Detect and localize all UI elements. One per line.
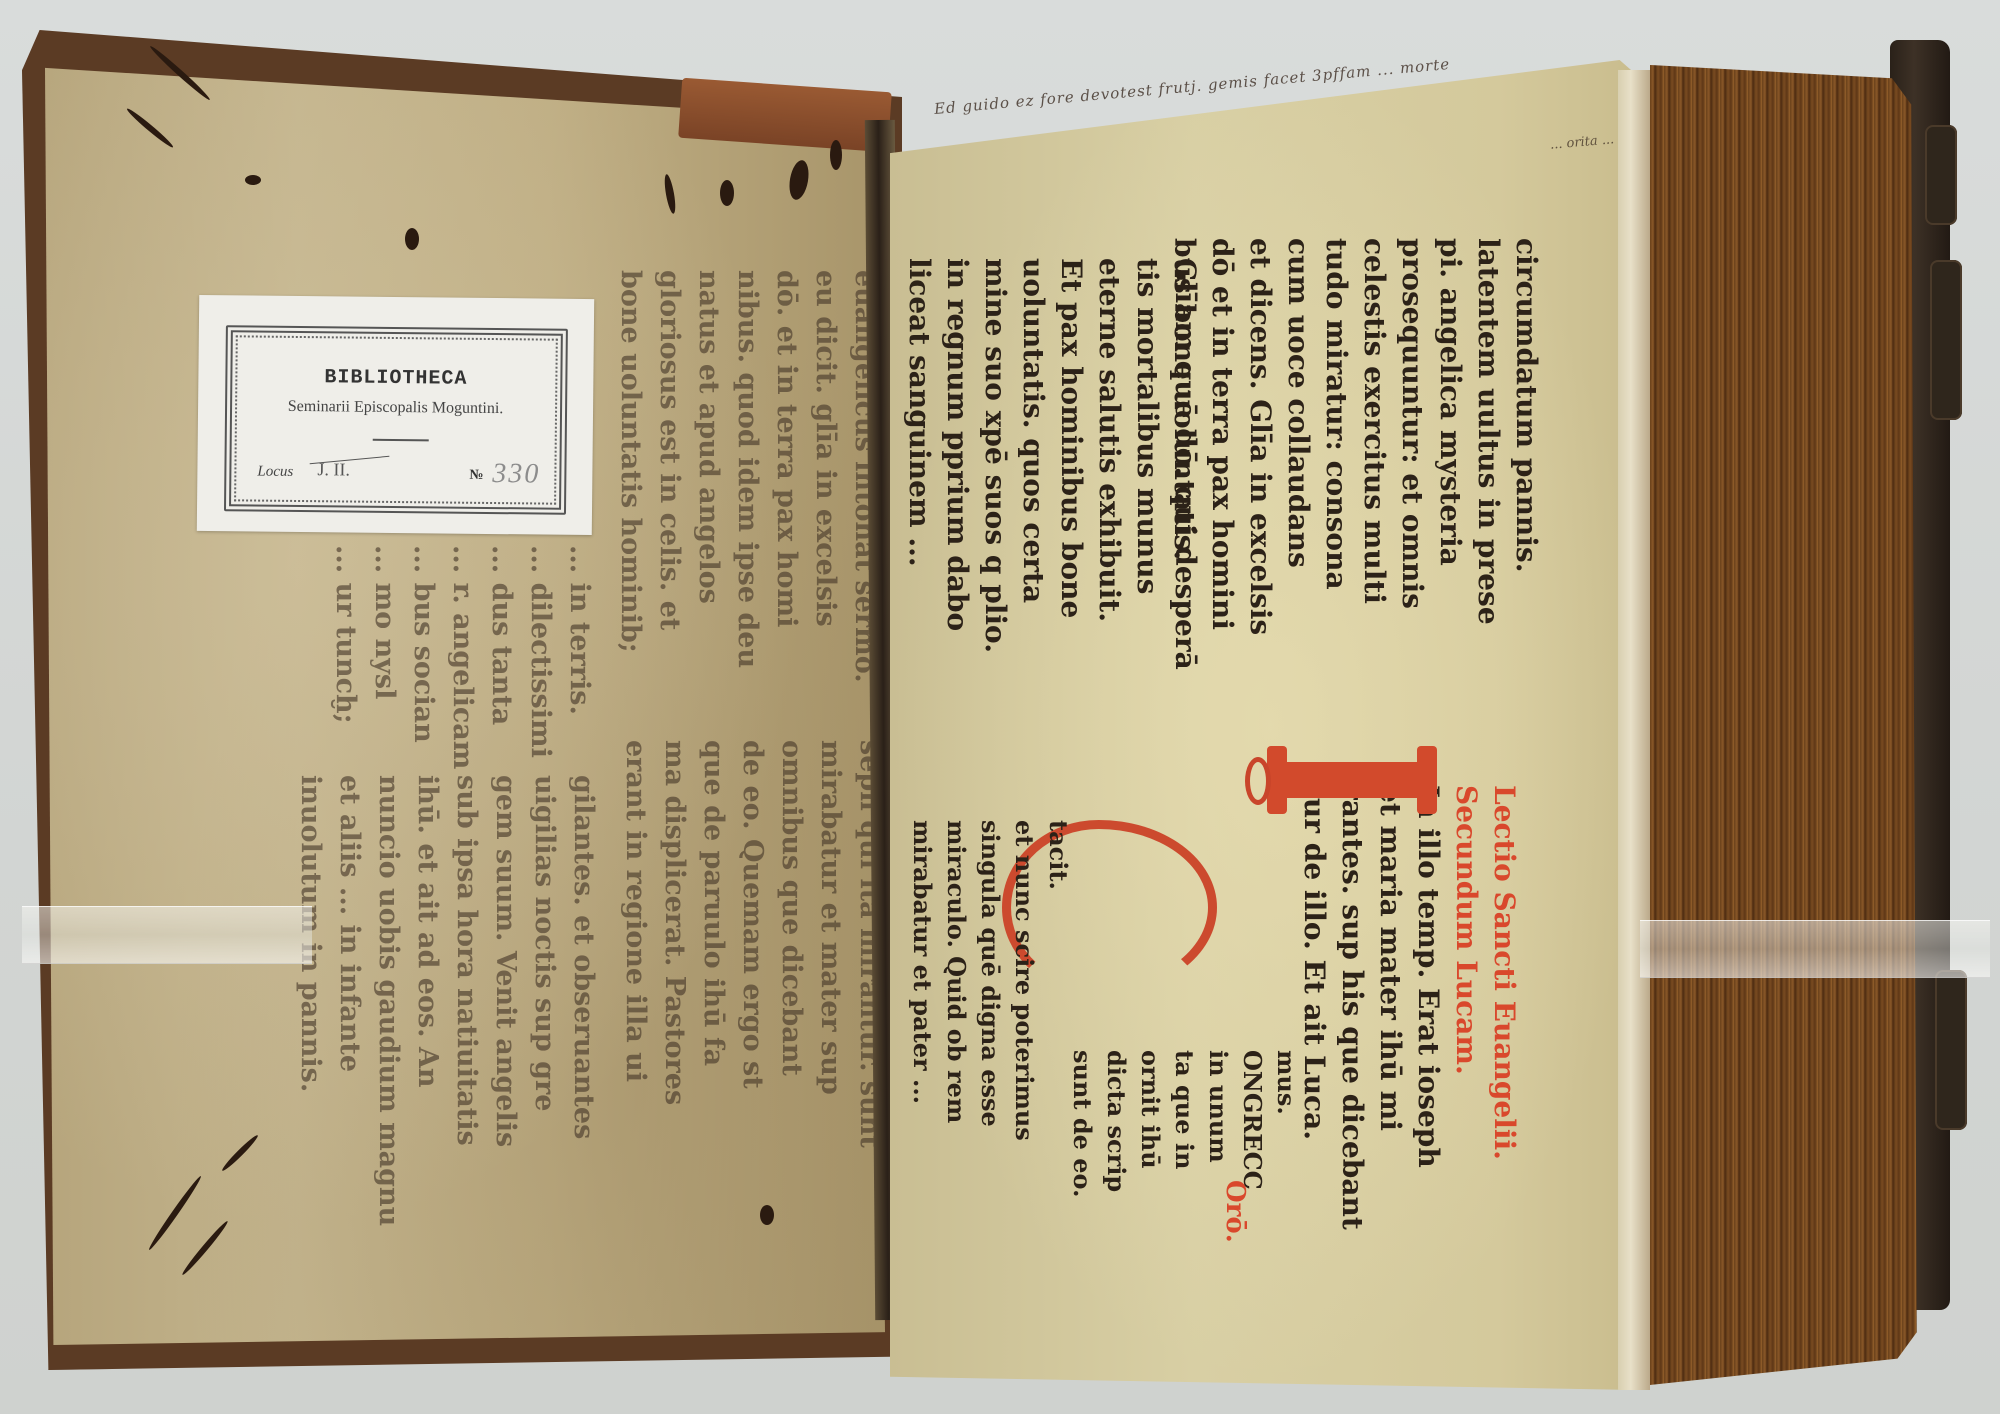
decorated-initial-I	[1267, 762, 1437, 798]
text-column-1: circumdatum pannis. latentem uultus in p…	[1160, 238, 1540, 758]
text-column-2: Glīam quē dō. qui desperā tis mortalibus…	[895, 258, 1199, 758]
number-label: №	[469, 468, 483, 484]
rubric-heading-2: Secundum Lucam.	[1452, 785, 1480, 1285]
rubric-heading: Lectio Sancti Euangelii.	[1490, 785, 1518, 1285]
library-bookplate-label: BIBLIOTHECA Seminarii Episcopalis Mogunt…	[197, 295, 594, 535]
tape-strip-right	[1640, 920, 1990, 978]
clasp	[1930, 260, 1962, 420]
number-value: 330	[492, 458, 540, 491]
wormhole	[760, 1205, 774, 1225]
wormhole	[245, 175, 261, 185]
ghost-column-3: seph qui ita mirantur. sunt mirabatur et…	[610, 740, 883, 1260]
text-column-5: mus. ONGRECC in unum ta que in ornit ihū…	[1060, 1050, 1298, 1270]
clasp	[1935, 970, 1967, 1130]
label-title: BIBLIOTHECA	[198, 365, 593, 392]
clasp	[1925, 125, 1957, 225]
wormhole	[830, 140, 842, 170]
wormhole	[405, 228, 419, 250]
wormhole	[720, 180, 734, 206]
page-edge	[1618, 70, 1650, 1390]
book-photo: euangelicus intonat sermo. eu dicit. glī…	[0, 0, 2000, 1414]
ghost-column-4: gilantes. et obseruantes uigilias noctis…	[285, 775, 597, 1255]
text-column-4: tacit. et nunc scire poterimus singula q…	[900, 820, 1070, 1250]
decorated-initial-O	[1245, 757, 1271, 805]
lesson-column: Lectio Sancti Euangelii. Secundum Lucam.…	[1290, 785, 1518, 1285]
page-block-fore-edge	[1650, 65, 1925, 1385]
tape-strip-left	[22, 906, 312, 964]
locus-label: Locus	[257, 464, 293, 481]
